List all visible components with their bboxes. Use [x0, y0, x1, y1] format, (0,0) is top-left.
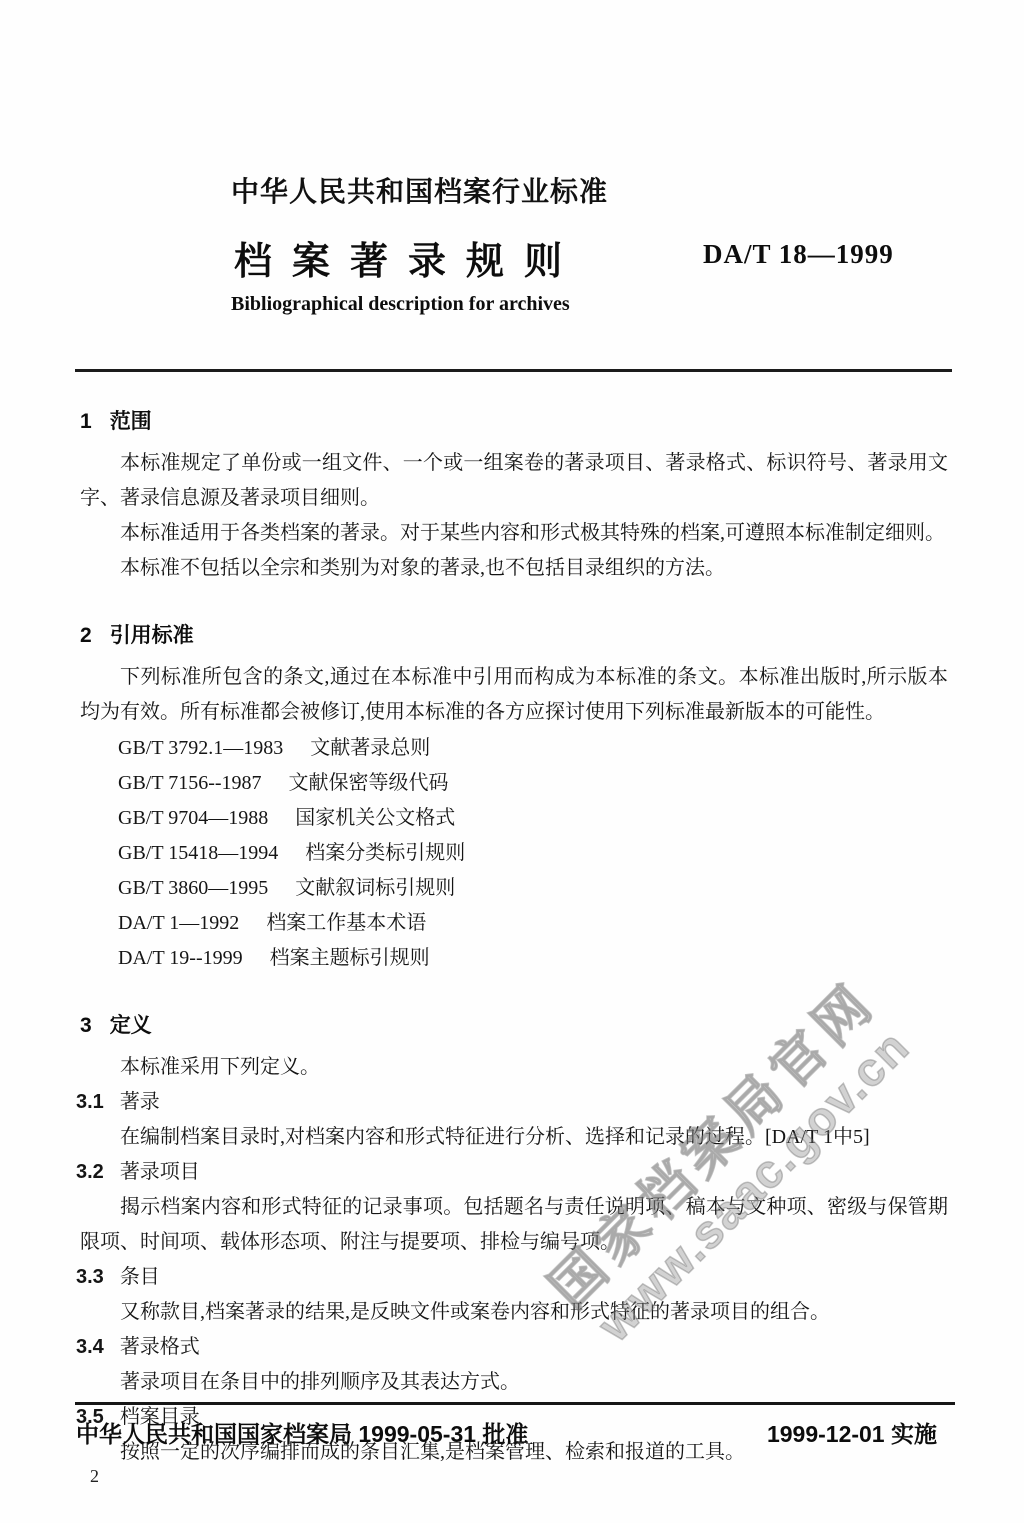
standard-title: 文献著录总则: [310, 737, 430, 759]
section-title: 引用标准: [110, 622, 194, 650]
standard-title: 档案主题标引规则: [270, 947, 430, 969]
standard-title: 文献保密等级代码: [289, 772, 449, 794]
list-item: GB/T 7156--1987 文献保密等级代码: [80, 766, 948, 801]
clause-3-2-heading: 3.2 著录项目: [80, 1155, 948, 1190]
paragraph: 本标准规定了单份或一组文件、一个或一组案卷的著录项目、著录格式、标识符号、著录用…: [80, 446, 948, 516]
list-item: DA/T 1—1992 档案工作基本术语: [80, 906, 948, 941]
clause-3-1-heading: 3.1 著录: [80, 1085, 948, 1120]
page-number: 2: [90, 1466, 99, 1487]
standard-code: DA/T 19--1999: [118, 947, 243, 969]
document-subtitle-english: Bibliographical description for archives: [231, 293, 570, 316]
section-title: 定义: [110, 1012, 152, 1040]
clause-term: 著录: [120, 1085, 160, 1120]
clause-3-4-heading: 3.4 著录格式: [80, 1330, 948, 1365]
standard-number: DA/T 18—1999: [703, 239, 894, 270]
section-2-heading: 2 引用标准: [80, 622, 948, 650]
section-number: 3: [80, 1012, 92, 1040]
list-item: DA/T 19--1999 档案主题标引规则: [80, 941, 948, 976]
clause-term: 著录格式: [120, 1330, 200, 1365]
standard-code: GB/T 3792.1—1983: [118, 737, 283, 759]
clause-term: 著录项目: [120, 1155, 200, 1190]
section-1-heading: 1 范围: [80, 408, 948, 436]
paragraph: 下列标准所包含的条文,通过在本标准中引用而构成为本标准的条文。本标准出版时,所示…: [80, 660, 948, 730]
list-item: GB/T 15418—1994 档案分类标引规则: [80, 836, 948, 871]
standard-code: GB/T 9704—1988: [118, 807, 268, 829]
clause-number: 3.1: [76, 1085, 104, 1120]
standard-code: DA/T 1—1992: [118, 912, 239, 934]
clause-definition: 在编制档案目录时,对档案内容和形式特征进行分析、选择和记录的过程。[DA/T 1…: [80, 1120, 948, 1155]
standard-title: 档案工作基本术语: [266, 912, 426, 934]
clause-number: 3.2: [76, 1155, 104, 1190]
clause-term: 条目: [120, 1260, 160, 1295]
standard-title: 国家机关公文格式: [295, 807, 455, 829]
standard-category: 中华人民共和国档案行业标准: [231, 170, 608, 210]
section-3-heading: 3 定义: [80, 1012, 948, 1040]
standard-title: 档案分类标引规则: [305, 842, 465, 864]
approval-statement: 中华人民共和国国家档案局 1999-05-31 批准: [76, 1416, 528, 1449]
clause-definition: 著录项目在条目中的排列顺序及其表达方式。: [80, 1365, 948, 1400]
section-number: 2: [80, 622, 92, 650]
paragraph: 本标准不包括以全宗和类别为对象的著录,也不包括目录组织的方法。: [80, 551, 948, 586]
paragraph: 本标准适用于各类档案的著录。对于某些内容和形式极其特殊的档案,可遵照本标准制定细…: [80, 516, 948, 551]
clause-definition: 揭示档案内容和形式特征的记录事项。包括题名与责任说明项、稿本与文种项、密级与保管…: [80, 1190, 948, 1260]
clause-number: 3.4: [76, 1330, 104, 1365]
list-item: GB/T 3792.1—1983 文献著录总则: [80, 731, 948, 766]
paragraph: 本标准采用下列定义。: [80, 1050, 948, 1085]
section-title: 范围: [110, 408, 152, 436]
clause-3-3-heading: 3.3 条目: [80, 1260, 948, 1295]
standard-code: GB/T 15418—1994: [118, 842, 278, 864]
standard-code: GB/T 7156--1987: [118, 772, 262, 794]
section-number: 1: [80, 408, 92, 436]
clause-number: 3.3: [76, 1260, 104, 1295]
list-item: GB/T 9704—1988 国家机关公文格式: [80, 801, 948, 836]
referenced-standards-list: GB/T 3792.1—1983 文献著录总则 GB/T 7156--1987 …: [80, 731, 948, 976]
standard-title: 文献叙词标引规则: [295, 877, 455, 899]
standard-code: GB/T 3860—1995: [118, 877, 268, 899]
list-item: GB/T 3860—1995 文献叙词标引规则: [80, 871, 948, 906]
document-title: 档案著录规则: [234, 230, 582, 285]
clause-definition: 又称款目,档案著录的结果,是反映文件或案卷内容和形式特征的著录项目的组合。: [80, 1295, 948, 1330]
implementation-date: 1999-12-01 实施: [767, 1416, 937, 1449]
document-body: 1 范围 本标准规定了单份或一组文件、一个或一组案卷的著录项目、著录格式、标识符…: [80, 372, 948, 1470]
footer-divider: [75, 1402, 955, 1405]
document-page: 中华人民共和国档案行业标准 档案著录规则 DA/T 18—1999 Biblio…: [0, 0, 1024, 1523]
